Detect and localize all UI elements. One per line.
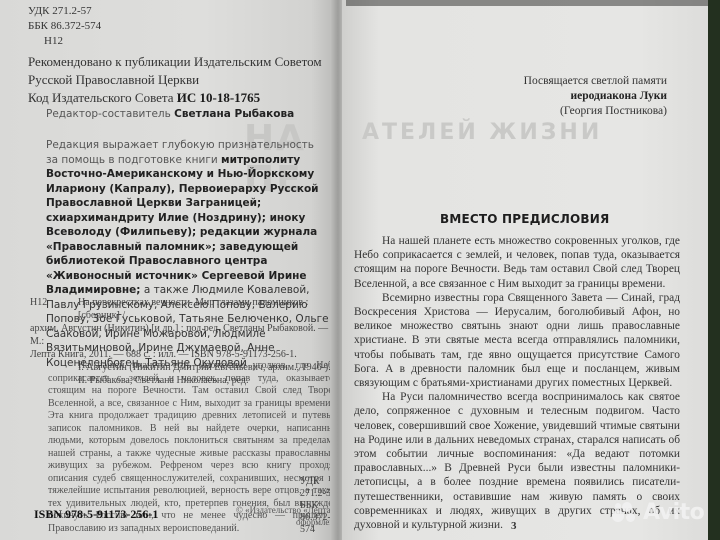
bibliographic-line: архим. Августин (Никитин) [и др.] ; под … [30,322,338,348]
copyright-notice: © «Издательство «Лепта Книга», 2011 офор… [236,504,338,528]
bibliographic-line: На перекрестках вечности. Мир глазами па… [30,296,338,322]
bbk-code: ББК 86.372-574 [28,19,101,34]
author-index-code: Н12 [28,34,101,49]
publication-recommendation: Рекомендовано к публикации Издательским … [28,53,338,107]
paragraph: Всемирно известны гора Священного Завета… [354,291,680,390]
dedication: Посвящается светлой памяти иеродиакона Л… [502,74,667,119]
editor-name: Светлана Рыбакова [174,108,294,120]
page-shadow [346,0,716,6]
avito-watermark: Avito [612,500,704,525]
copyright-line: © «Издательство «Лепта Книга», 2011 [236,504,338,516]
classification-codes: УДК 271.2-57 ББК 86.372-574 Н12 [28,4,101,49]
background-edge [708,0,720,540]
dedication-line: Посвящается светлой памяти [502,74,667,89]
recommendation-line: Русской Православной Церкви [28,71,338,89]
isbn: ISBN 978-5-91173-256-1 [34,507,158,522]
dedication-name: иеродиакона Луки [571,90,668,102]
copyright-line: оформление, 2011 [236,516,338,528]
avito-logo-icon [612,502,638,524]
acknowledgements-intro: за помощь в подготовке книги [46,154,221,166]
council-code-line: Код Издательского Совета ИС 10-18-1765 [28,89,338,107]
council-code-label: Код Издательского Совета [28,90,177,105]
section-heading: ВМЕСТО ПРЕДИСЛОВИЯ [440,212,609,226]
paragraph: На нашей планете есть множество сокровен… [354,234,680,291]
editor-credit: Редактор-составитель Светлана Рыбакова [46,108,294,120]
right-page: Посвящается светлой памяти иеродиакона Л… [342,0,712,540]
preface-text: На нашей планете есть множество сокровен… [354,234,680,532]
avito-wordmark: Avito [643,500,704,525]
recommendation-line: Рекомендовано к публикации Издательским … [28,53,338,71]
page-number: 3 [511,520,517,532]
council-code: ИС 10-18-1765 [177,90,260,105]
dedication-line: (Георгия Постникова) [502,104,667,119]
bleed-through-heading: АТЕЛЕЙ ЖИЗНИ [362,120,602,145]
bibliographic-index: Н12 [30,296,47,309]
editor-label: Редактор-составитель [46,108,174,120]
udk-code: УДК 271.2-57 [28,4,101,19]
left-page: УДК 271.2-57 ББК 86.372-574 Н12 Рекоменд… [0,0,338,540]
acknowledgements-intro: Редакция выражает глубокую признательнос… [46,138,338,153]
acknowledgements-recipients: митрополиту Восточно-Американскому и Нью… [46,154,319,297]
